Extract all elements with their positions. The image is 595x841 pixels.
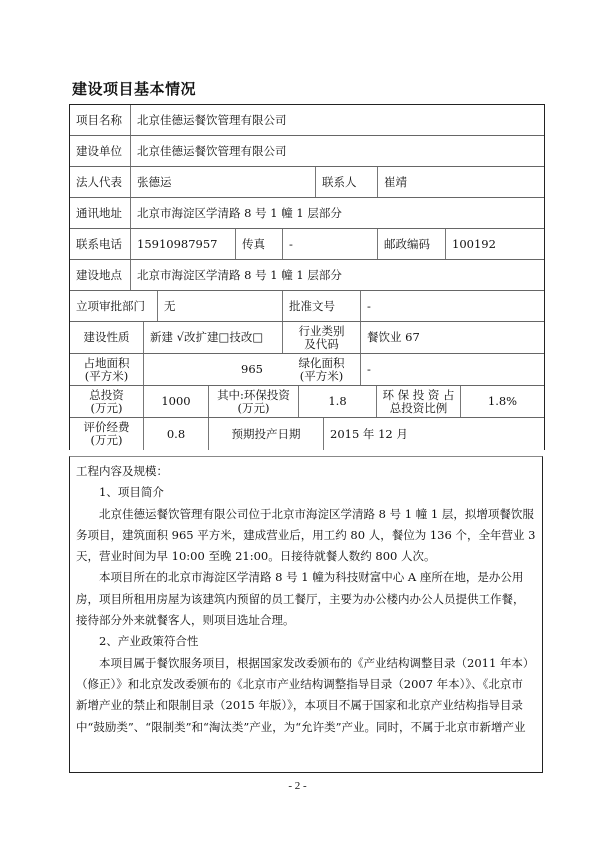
start-date-value: 2015 年 12 月 [324, 418, 544, 450]
area-label-line1: 占地面积 [84, 357, 130, 370]
env-ratio-label: 环 保 投 资 占 总投资比例 [377, 386, 461, 417]
eval-fee-label: 评价经费 (万元) [70, 418, 144, 450]
green-label-line2: (平方米) [300, 370, 343, 383]
builder-value: 北京佳德运餐饮管理有限公司 [131, 136, 544, 166]
address-value: 北京市海淀区学清路 8 号 1 幢 1 层部分 [131, 198, 544, 228]
project-info-table: 项目名称 北京佳德运餐饮管理有限公司 建设单位 北京佳德运餐饮管理有限公司 法人… [69, 104, 545, 450]
row-approval: 立项审批部门 无 批准文号 - [70, 291, 544, 322]
row-investment: 总投资 (万元) 1000 其中:环保投资 (万元) 1.8 环 保 投 资 占… [70, 386, 544, 418]
env-ratio-label-line1: 环 保 投 资 占 [382, 389, 454, 402]
eval-fee-label-line2: (万元) [91, 434, 123, 447]
invest-label-line1: 总投资 [89, 389, 124, 402]
row-legal-rep: 法人代表 张德运 联系人 崔靖 [70, 167, 544, 198]
subsection-heading-policy: 2、产业政策符合性 [76, 631, 536, 652]
page-number: - 2 - [0, 780, 595, 792]
invest-value: 1000 [144, 386, 209, 417]
eval-fee-value: 0.8 [144, 418, 209, 450]
phone-value: 15910987957 [131, 229, 236, 259]
industry-label: 行业类别 及代码 [283, 322, 361, 353]
content-heading: 工程内容及规模： [76, 461, 536, 482]
paragraph-line: 房，项目所租用房屋为该建筑内预留的员工餐厅，主要为办公楼内办公人员提供工作餐， [76, 589, 536, 610]
fax-label: 传真 [236, 229, 283, 259]
paragraph-line: （修正）》和北京发改委颁布的《北京市产业结构调整指导目录（2007 年本）》、《… [76, 674, 536, 695]
row-area: 占地面积 (平方米) 965 绿化面积 (平方米) - [70, 354, 544, 386]
row-nature: 建设性质 新建 √改扩建□技改□ 行业类别 及代码 餐饮业 67 [70, 322, 544, 354]
start-date-label: 预期投产日期 [209, 418, 324, 450]
industry-label-line1: 行业类别 [299, 325, 345, 338]
approval-no-value: - [361, 291, 544, 321]
approval-dept-value: 无 [158, 291, 283, 321]
fax-value: - [283, 229, 378, 259]
area-label: 占地面积 (平方米) [70, 354, 144, 385]
green-label-line1: 绿化面积 [299, 357, 345, 370]
paragraph-line: 本项目所在的北京市海淀区学清路 8 号 1 幢为科技财富中心 A 座所在地，是办… [76, 567, 536, 588]
postcode-label: 邮政编码 [378, 229, 446, 259]
contact-value: 崔靖 [378, 167, 544, 197]
row-phone: 联系电话 15910987957 传真 - 邮政编码 100192 [70, 229, 544, 260]
paragraph-line: 本项目属于餐饮服务项目，根据国家发改委颁布的《产业结构调整目录（2011 年本） [76, 653, 536, 674]
nature-value: 新建 √改扩建□技改□ [144, 322, 283, 353]
env-ratio-value: 1.8% [461, 386, 544, 417]
approval-no-label: 批准文号 [283, 291, 361, 321]
project-name-value: 北京佳德运餐饮管理有限公司 [131, 105, 544, 135]
site-value: 北京市海淀区学清路 8 号 1 幢 1 层部分 [131, 260, 544, 290]
paragraph-line: 中“鼓励类”、“限制类”和“淘汰类”产业，为“允许类”产业。同时，不属于北京市新… [76, 717, 536, 738]
env-invest-label-line2: (万元) [238, 402, 270, 415]
project-name-label: 项目名称 [70, 105, 131, 135]
row-project-name: 项目名称 北京佳德运餐饮管理有限公司 [70, 105, 544, 136]
paragraph-line: 天，营业时间为早 10:00 至晚 21:00。日接待就餐人数约 800 人次。 [76, 546, 536, 567]
paragraph-line: 北京佳德运餐饮管理有限公司位于北京市海淀区学清路 8 号 1 幢 1 层，拟增项… [76, 504, 536, 525]
phone-label: 联系电话 [70, 229, 131, 259]
invest-label-line2: (万元) [91, 402, 123, 415]
nature-label: 建设性质 [70, 322, 144, 353]
paragraph-line: 新增产业的禁止和限制目录（2015 年版）》，本项目不属于国家和北京产业结构指导… [76, 695, 536, 716]
invest-label: 总投资 (万元) [70, 386, 144, 417]
row-site: 建设地点 北京市海淀区学清路 8 号 1 幢 1 层部分 [70, 260, 544, 291]
row-address: 通讯地址 北京市海淀区学清路 8 号 1 幢 1 层部分 [70, 198, 544, 229]
address-label: 通讯地址 [70, 198, 131, 228]
site-label: 建设地点 [70, 260, 131, 290]
subsection-heading-intro: 1、项目简介 [76, 482, 536, 503]
row-eval-fee: 评价经费 (万元) 0.8 预期投产日期 2015 年 12 月 [70, 418, 544, 450]
contact-label: 联系人 [316, 167, 378, 197]
approval-dept-label: 立项审批部门 [70, 291, 158, 321]
project-content-section: 工程内容及规模： 1、项目简介 北京佳德运餐饮管理有限公司位于北京市海淀区学清路… [69, 456, 543, 773]
postcode-value: 100192 [446, 229, 544, 259]
section-title: 建设项目基本情况 [72, 78, 196, 99]
area-label-line2: (平方米) [85, 370, 128, 383]
env-ratio-label-line2: 总投资比例 [390, 402, 448, 415]
row-builder: 建设单位 北京佳德运餐饮管理有限公司 [70, 136, 544, 167]
builder-label: 建设单位 [70, 136, 131, 166]
paragraph-line: 接待部分外来就餐客人，则项目选址合理。 [76, 610, 536, 631]
paragraph-line: 务项目，建筑面积 965 平方米，建成营业后，用工约 80 人，餐位为 136 … [76, 525, 536, 546]
industry-label-line2: 及代码 [304, 338, 339, 351]
env-invest-value: 1.8 [299, 386, 377, 417]
legal-rep-value: 张德运 [131, 167, 316, 197]
industry-value: 餐饮业 67 [361, 322, 544, 353]
green-value: - [361, 354, 544, 385]
env-invest-label-line1: 其中:环保投资 [217, 389, 290, 402]
legal-rep-label: 法人代表 [70, 167, 131, 197]
green-label: 绿化面积 (平方米) [283, 354, 361, 385]
env-invest-label: 其中:环保投资 (万元) [209, 386, 299, 417]
